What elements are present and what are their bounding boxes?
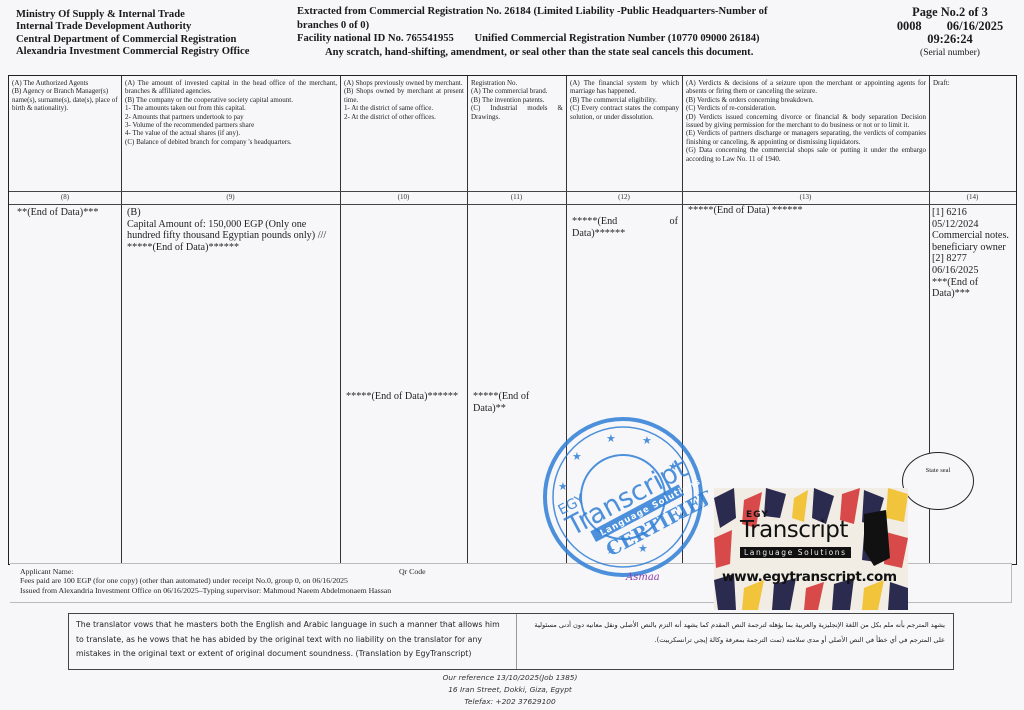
column-number: (10)	[340, 193, 467, 205]
telefax: Telefax: +202 37629100	[390, 696, 630, 708]
page-number: Page No.2 of 3	[880, 6, 1020, 20]
value-col-9: (B) Capital Amount of: 150,000 EGP (Only…	[127, 207, 333, 253]
egytranscript-sticker: EGY Transcript Language Solutions www.eg…	[714, 488, 908, 610]
extract-line: branches 0 of 0)	[297, 19, 807, 33]
header-col-11: Registration No. (A) The commercial bran…	[468, 77, 566, 123]
sticker-url: www.egytranscript.com	[722, 569, 897, 585]
issue-time: 09:26:24	[880, 33, 1020, 47]
header-col-9: (A) The amount of invested capital in th…	[122, 77, 340, 148]
extract-line: Extracted from Commercial Registration N…	[297, 5, 807, 19]
authority-line: Alexandria Investment Commercial Registr…	[16, 46, 249, 58]
authority-line: Central Department of Commercial Registr…	[16, 34, 249, 46]
declaration-arabic: يشهد المترجم بأنه ملم بكل من اللغة الإنج…	[517, 614, 953, 669]
column-number: (12)	[566, 193, 682, 205]
svg-text:★: ★	[642, 434, 652, 447]
serial-label: (Serial number)	[880, 47, 1020, 61]
column-number: (8)	[9, 193, 121, 205]
column-number: (13)	[682, 193, 929, 205]
header-col-13: (A) Verdicts & decisions of a seizure up…	[683, 77, 929, 165]
page-info: Page No.2 of 3 0008 06/16/2025 09:26:24 …	[880, 6, 1020, 60]
unified-number: Unified Commercial Registration Number (…	[475, 33, 760, 44]
certified-stamp-icon: ★ ★ ★ ★ ★ ★ ★ ★ EGY Transcript Language …	[538, 412, 708, 582]
id-line: Facility national ID No. 765541955 Unifi…	[297, 32, 807, 46]
column-number: (9)	[121, 193, 340, 205]
value-col-10: *****(End of Data)******	[346, 391, 466, 403]
row-divider	[9, 191, 1016, 192]
reference-number: Our reference 13/10/2025(Job 1385)	[390, 672, 630, 684]
svg-text:★: ★	[558, 480, 568, 493]
registration-info: Extracted from Commercial Registration N…	[297, 5, 807, 59]
value-col-11: *****(End of Data)**	[473, 391, 549, 414]
sticker-brand: Transcript	[740, 520, 851, 540]
translator-footer: Our reference 13/10/2025(Job 1385) 16 Ir…	[390, 672, 630, 708]
sticker-subtitle: Language Solutions	[740, 547, 851, 558]
facility-id: Facility national ID No. 765541955	[297, 33, 454, 44]
column-divider	[340, 76, 341, 564]
declaration-english: The translator vows that he masters both…	[69, 614, 517, 669]
state-seal-placeholder: State seal	[902, 452, 974, 510]
value-col-12: *****(End of Data)******	[572, 216, 678, 239]
header-col-10: (A) Shops previously owned by merchant. …	[341, 77, 467, 123]
column-number: (11)	[467, 193, 566, 205]
authority-line: Internal Trade Development Authority	[16, 21, 249, 33]
header-col-14: Draft:	[930, 77, 1016, 89]
qr-code-label: Qr Code	[399, 567, 426, 576]
sticker-logo: EGY Transcript Language Solutions	[740, 510, 851, 559]
translator-declaration: The translator vows that he masters both…	[68, 613, 954, 670]
column-number: (14)	[929, 193, 1016, 205]
header-col-12: (A) The financial system by which marria…	[567, 77, 682, 123]
cancellation-warning: Any scratch, hand-shifting, amendment, o…	[297, 46, 807, 60]
column-divider	[121, 76, 122, 564]
svg-text:★: ★	[606, 432, 616, 445]
header-col-8: (A) The Authorized Agents (B) Agency or …	[9, 77, 121, 115]
office-address: 16 Iran Street, Dokki, Giza, Egypt	[390, 684, 630, 696]
serial-date-row: 0008 06/16/2025	[880, 20, 1020, 34]
value-col-14: [1] 6216 05/12/2024 Commercial notes. be…	[932, 207, 1014, 300]
issue-date: 06/16/2025	[947, 19, 1003, 33]
svg-text:★: ★	[572, 450, 582, 463]
authority-line: Ministry Of Supply & Internal Trade	[16, 9, 249, 21]
serial-number: 0008	[897, 19, 922, 33]
issuing-authority: Ministry Of Supply & Internal Trade Inte…	[16, 9, 249, 59]
value-col-8: **(End of Data)***	[17, 207, 121, 219]
translator-signature: Asmaa	[626, 572, 660, 583]
column-divider	[467, 76, 468, 564]
value-col-13: *****(End of Data) ******	[688, 205, 928, 217]
